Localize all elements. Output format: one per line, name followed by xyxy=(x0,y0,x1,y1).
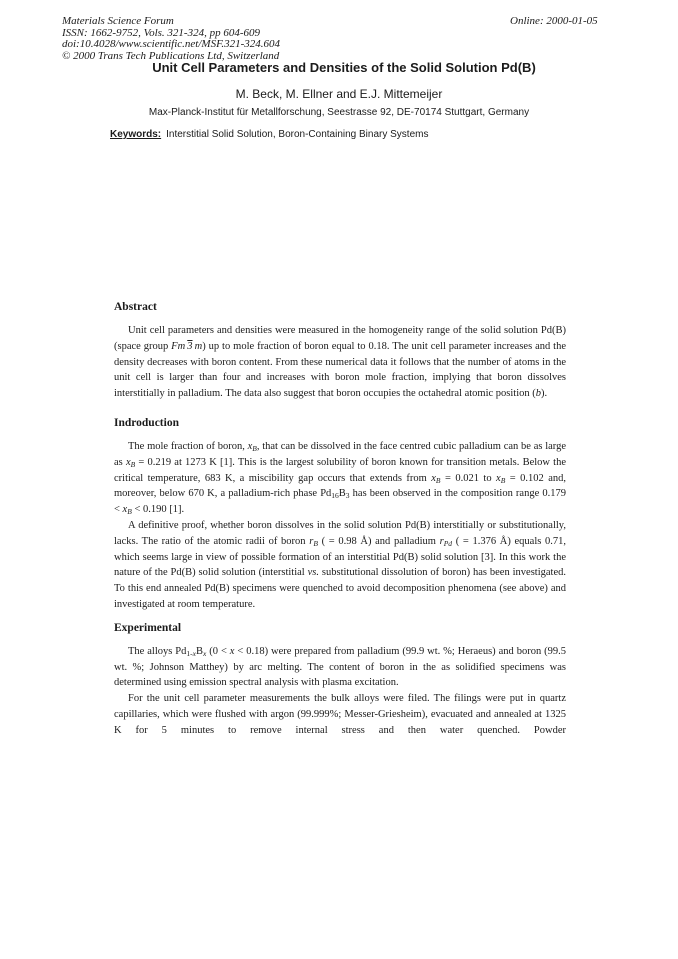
online-date: Online: 2000-01-05 xyxy=(510,16,598,28)
paper-title: Unit Cell Parameters and Densities of th… xyxy=(20,60,668,76)
journal-name: Materials Science Forum xyxy=(62,16,280,28)
affiliation-line: Max-Planck-Institut für Metallforschung,… xyxy=(0,107,678,119)
introduction-paragraph-2: A definitive proof, whether boron dissol… xyxy=(114,518,566,613)
keywords-text: Interstitial Solid Solution, Boron-Conta… xyxy=(166,129,428,140)
journal-masthead: Materials Science Forum ISSN: 1662-9752,… xyxy=(62,16,280,62)
section-heading-experimental: Experimental xyxy=(114,621,566,635)
experimental-paragraph-1: The alloys Pd1-xBx (0 < x < 0.18) were p… xyxy=(114,644,566,691)
keywords-label: Keywords: xyxy=(110,129,161,140)
experimental-paragraph-2: For the unit cell parameter measurements… xyxy=(114,691,566,738)
introduction-paragraph-1: The mole fraction of boron, xB, that can… xyxy=(114,439,566,518)
authors-line: M. Beck, M. Ellner and E.J. Mittemeijer xyxy=(0,87,678,101)
section-heading-abstract: Abstract xyxy=(114,300,566,314)
section-heading-introduction: Indroduction xyxy=(114,416,566,430)
doi-line: doi:10.4028/www.scientific.net/MSF.321-3… xyxy=(62,39,280,51)
keywords-line: Keywords:Interstitial Solid Solution, Bo… xyxy=(110,129,580,141)
paper-page: Materials Science Forum ISSN: 1662-9752,… xyxy=(0,0,678,959)
article-body: Abstract Unit cell parameters and densit… xyxy=(114,300,566,739)
abstract-paragraph: Unit cell parameters and densities were … xyxy=(114,323,566,402)
